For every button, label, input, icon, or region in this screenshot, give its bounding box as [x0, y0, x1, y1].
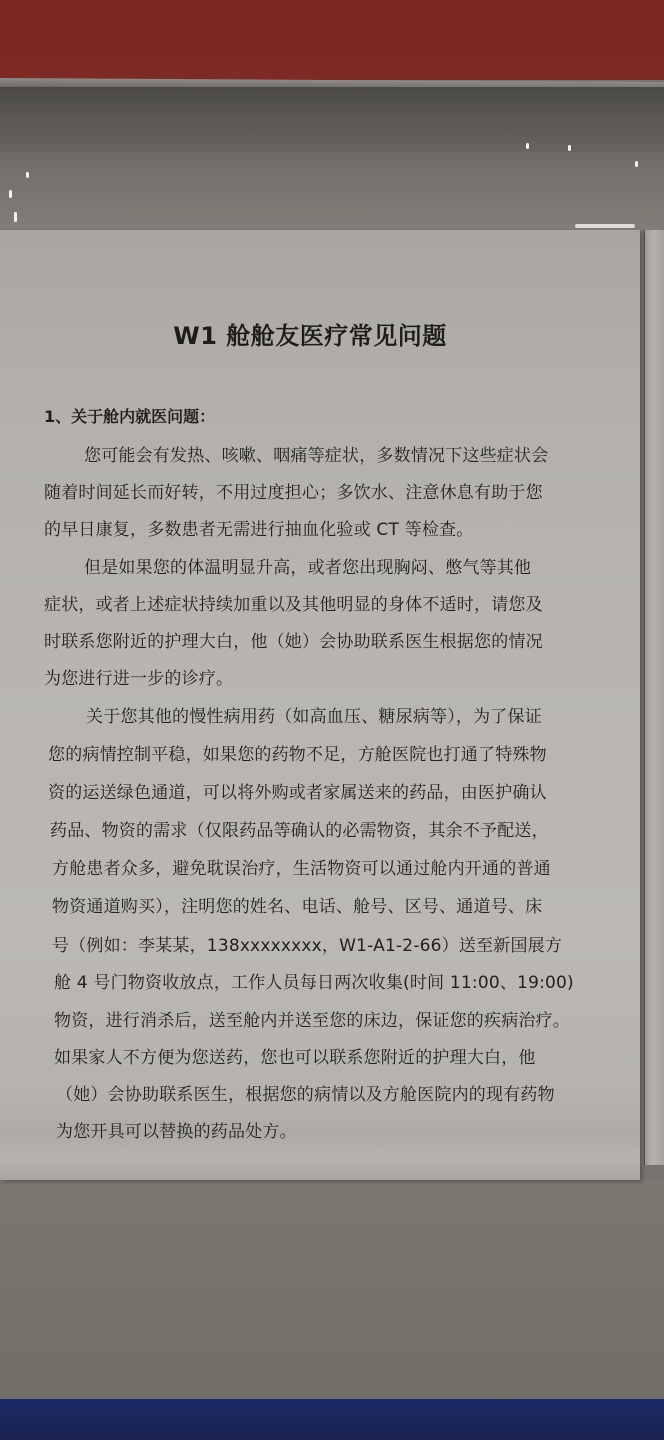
paragraph-line: 但是如果您的体温明显升高，或者您出现胸闷、憋气等其他 — [84, 553, 531, 578]
paragraph-line: 舱 4 号门物资收放点，工作人员每日两次收集(时间 11:00、19:00) — [54, 968, 574, 993]
paragraph-line: （她）会协助联系医生，根据您的病情以及方舱医院内的现有药物 — [56, 1080, 555, 1105]
paragraph-line: 为您进行进一步的诊疗。 — [44, 664, 233, 689]
glare-spot — [568, 145, 571, 151]
adjacent-paper-edge — [644, 230, 664, 1165]
paragraph-line: 物资通道购买），注明您的姓名、电话、舱号、区号、通道号、床 — [52, 892, 542, 917]
paragraph-line: 您的病情控制平稳，如果您的药物不足，方舱医院也打通了特殊物 — [48, 740, 547, 765]
glare-spot — [635, 161, 638, 167]
paragraph-line: 为您开具可以替换的药品处方。 — [56, 1117, 297, 1142]
document-title: W1 舱舱友医疗常见问题 — [0, 316, 620, 351]
paragraph-line: 的早日康复，多数患者无需进行抽血化验或 CT 等检查。 — [44, 515, 473, 540]
glare-spot — [9, 190, 12, 198]
glare-spot — [14, 212, 17, 222]
paragraph-line: 您可能会有发热、咳嗽、咽痛等症状，多数情况下这些症状会 — [84, 441, 548, 466]
wall-lower — [0, 1180, 664, 1400]
wall-reflection-band — [0, 152, 664, 230]
section-heading: 1、关于舱内就医问题： — [44, 404, 215, 427]
paragraph-line: 症状，或者上述症状持续加重以及其他明显的身体不适时，请您及 — [44, 590, 543, 615]
paragraph-line: 号（例如：李某某，138xxxxxxxx，W1-A1-2-66）送至新国展方 — [52, 931, 562, 956]
paragraph-line: 如果家人不方便为您送药，您也可以联系您附近的护理大白，他 — [54, 1043, 536, 1068]
paragraph-line: 关于您其他的慢性病用药（如高血压、糖尿病等），为了保证 — [86, 702, 542, 727]
blue-wall-band — [0, 1399, 664, 1440]
glare-strip — [575, 224, 635, 228]
glare-spot — [26, 172, 29, 178]
paragraph-line: 方舱患者众多，避免耽误治疗，生活物资可以通过舱内开通的普通 — [52, 854, 551, 879]
paragraph-line: 药品、物资的需求（仅限药品等确认的必需物资，其余不予配送， — [50, 816, 549, 841]
paragraph-line: 资的运送绿色通道，可以将外购或者家属送来的药品，由医护确认 — [48, 778, 547, 803]
paragraph-line: 随着时间延长而好转，不用过度担心；多饮水、注意休息有助于您 — [44, 478, 543, 503]
paragraph-line: 时联系您附近的护理大白，他（她）会协助联系医生根据您的情况 — [44, 627, 543, 652]
glare-spot — [526, 143, 529, 149]
paragraph-line: 物资，进行消杀后，送至舱内并送至您的床边，保证您的疾病治疗。 — [54, 1006, 570, 1031]
red-wall-band — [0, 0, 664, 80]
